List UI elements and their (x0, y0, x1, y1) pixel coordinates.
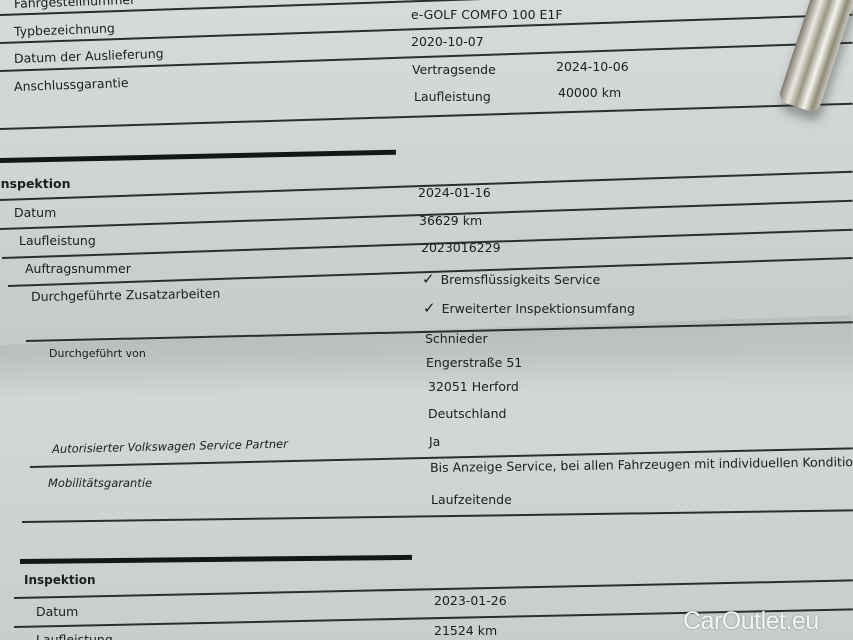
workshop-street: Engerstraße 51 (426, 355, 522, 370)
label-vertragsende: Vertragsende (412, 62, 496, 77)
value-datum-2: 2023-01-26 (434, 593, 507, 608)
value-auftragsnummer: 2023016229 (421, 240, 501, 255)
section-divider (0, 150, 396, 163)
label-datum-2: Datum (36, 604, 78, 619)
section-title-inspektion-2: Inspektion (24, 573, 96, 587)
divider (22, 509, 853, 522)
check-icon: ✓ (423, 299, 436, 317)
label-laufleistung: Laufleistung (19, 233, 96, 248)
label-durchgefuehrt-von: Durchgeführt von (49, 347, 146, 360)
value-laufleistung: 36629 km (419, 213, 482, 228)
label-auslieferung: Datum der Auslieferung (14, 46, 164, 66)
label-zusatzarbeiten: Durchgeführte Zusatzarbeiten (31, 286, 221, 304)
label-datum: Datum (14, 205, 56, 220)
value-laufzeitende: Laufzeitende (431, 492, 512, 507)
workshop-city: 32051 Herford (428, 379, 519, 394)
value-datum: 2024-01-16 (418, 185, 491, 200)
label-mobilitaetsgarantie: Mobilitätsgarantie (48, 476, 152, 490)
label-laufleistung-2: Laufleistung (36, 632, 113, 640)
value-laufleistung-2: 21524 km (434, 623, 497, 638)
check-icon: ✓ (422, 270, 435, 288)
extra-item: ✓Bremsflüssigkeits Service (422, 270, 600, 288)
label-anschlussgarantie: Anschlussgarantie (14, 75, 129, 94)
value-laufleistung-garantie: 40000 km (558, 85, 621, 100)
extra-item: ✓Erweiterter Inspektionsumfang (423, 299, 635, 317)
caroutlet-watermark: CarOutlet.eu (683, 607, 819, 636)
label-autorisierter-partner: Autorisierter Volkswagen Service Partner (52, 437, 288, 456)
section-title-inspektion: Inspektion (0, 176, 70, 191)
label-auftragsnummer: Auftragsnummer (25, 261, 131, 276)
section-divider (20, 555, 412, 564)
label-typbezeichnung: Typbezeichnung (14, 20, 115, 39)
value-autorisierter-partner: Ja (429, 434, 440, 449)
workshop-name: Schnieder (425, 331, 488, 346)
workshop-country: Deutschland (428, 406, 506, 421)
value-vertragsende: 2024-10-06 (556, 59, 629, 74)
value-typbezeichnung: e-GOLF COMFO 100 E1F (411, 7, 563, 22)
value-auslieferung: 2020-10-07 (411, 34, 484, 49)
divider (0, 103, 853, 130)
label-laufleistung-garantie: Laufleistung (414, 89, 491, 104)
value-mobilitaetsgarantie: Bis Anzeige Service, bei allen Fahrzeuge… (430, 454, 853, 475)
